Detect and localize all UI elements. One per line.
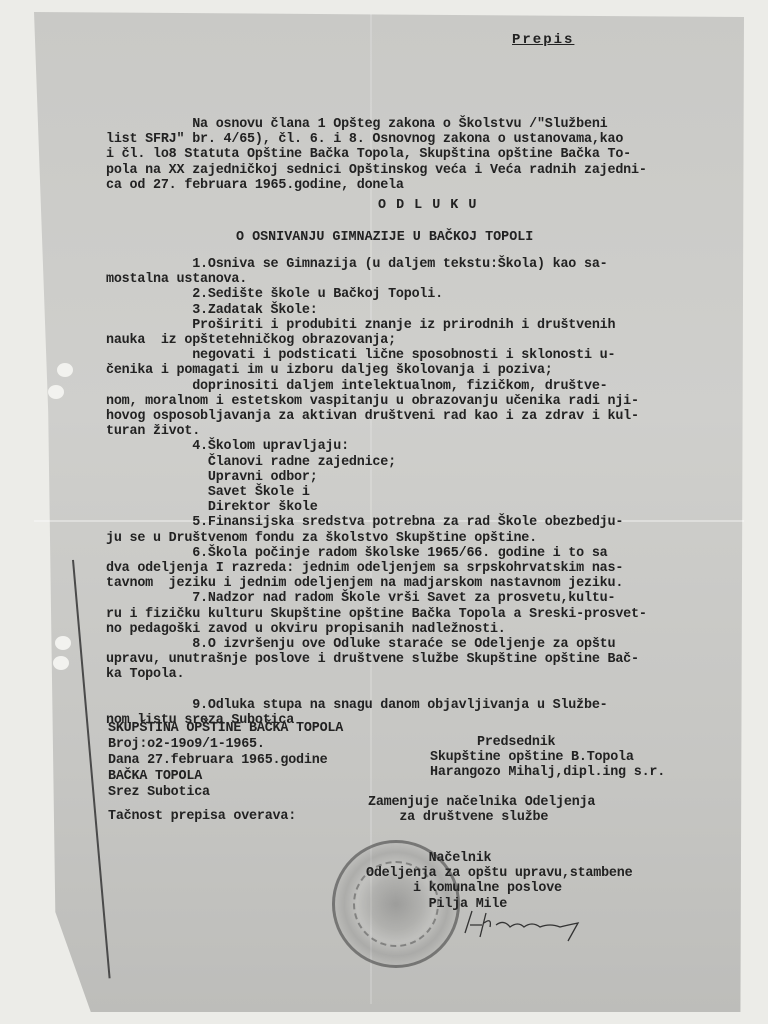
body-line: dva odeljenja I razreda: jednim odeljenj… bbox=[106, 561, 647, 576]
body-line: hovog osposobljavanja za aktivan društve… bbox=[106, 409, 647, 424]
issuer-line: Srez Subotica bbox=[108, 785, 343, 801]
body-line: čenika i pomagati im u izboru daljeg ško… bbox=[106, 363, 647, 378]
preamble-line: ca od 27. februara 1965.godine, donela bbox=[106, 178, 647, 193]
body-line: 8.O izvršenju ove Odluke staraće se Odel… bbox=[106, 637, 647, 652]
deputy-block: Zamenjuje načelnika Odeljenja za društve… bbox=[368, 795, 595, 825]
body-line: 2.Sedište škole u Bačkoj Topoli. bbox=[106, 287, 647, 302]
body-line: mostalna ustanova. bbox=[106, 272, 647, 287]
body-line: Članovi radne zajednice; bbox=[106, 455, 647, 470]
decision-title: O D L U K U bbox=[378, 198, 477, 213]
body-line: 6.Škola počinje radom školske 1965/66. g… bbox=[106, 546, 647, 561]
document-header: Prepis bbox=[512, 32, 574, 48]
preamble-line: list SFRJ" br. 4/65), čl. 6. i 8. Osnovn… bbox=[106, 132, 647, 147]
punch-hole-icon bbox=[53, 656, 69, 670]
president-line: Skupštine opštine B.Topola bbox=[430, 750, 665, 765]
chief-line: i komunalne poslove bbox=[366, 881, 632, 896]
body-line: 7.Nadzor nad radom Škole vrši Savet za p… bbox=[106, 591, 647, 606]
body-line: tavnom jeziku i jednim odeljenjem na mad… bbox=[106, 576, 647, 591]
body-line: Direktor škole bbox=[106, 500, 647, 515]
preamble-line: Na osnovu člana 1 Opšteg zakona o Školst… bbox=[106, 117, 647, 132]
issuer-block: SKUPŠTINA OPŠTINE BAČKA TOPOLABroj:o2-19… bbox=[108, 721, 343, 801]
body-line: upravu, unutrašnje poslove i društvene s… bbox=[106, 652, 647, 667]
president-line: Harangozo Mihalj,dipl.ing s.r. bbox=[430, 765, 665, 780]
decision-body: 1.Osniva se Gimnazija (u daljem tekstu:Š… bbox=[106, 257, 647, 728]
punch-hole-icon bbox=[48, 385, 64, 399]
chief-block: NačelnikOdeljenja za opštu upravu,stambe… bbox=[366, 851, 632, 912]
body-line: 1.Osniva se Gimnazija (u daljem tekstu:Š… bbox=[106, 257, 647, 272]
decision-subtitle: O OSNIVANJU GIMNAZIJE U BAČKOJ TOPOLI bbox=[236, 230, 533, 245]
body-line: 4.Školom upravljaju: bbox=[106, 439, 647, 454]
issuer-line: BAČKA TOPOLA bbox=[108, 769, 343, 785]
issuer-line: SKUPŠTINA OPŠTINE BAČKA TOPOLA bbox=[108, 721, 343, 737]
certification-label: Tačnost prepisa overava: bbox=[108, 809, 296, 824]
body-line: ru i fizičku kulturu Skupštine opštine B… bbox=[106, 607, 647, 622]
issuer-line: Broj:o2-19o9/1-1965. bbox=[108, 737, 343, 753]
body-line: 9.Odluka stupa na snagu danom objavljiva… bbox=[106, 698, 647, 713]
body-line: turan život. bbox=[106, 424, 647, 439]
body-line bbox=[106, 683, 647, 698]
issuer-line: Dana 27.februara 1965.godine bbox=[108, 753, 343, 769]
preamble: Na osnovu člana 1 Opšteg zakona o Školst… bbox=[106, 117, 647, 193]
body-line: Upravni odbor; bbox=[106, 470, 647, 485]
chief-line: Načelnik bbox=[366, 851, 632, 866]
body-line: nom, moralnom i estetskom vaspitanju u o… bbox=[106, 394, 647, 409]
punch-hole-icon bbox=[55, 636, 71, 650]
chief-line: Odeljenja za opštu upravu,stambene bbox=[366, 866, 632, 881]
body-line: 5.Finansijska sredstva potrebna za rad Š… bbox=[106, 515, 647, 530]
body-line: ju se u Društvenom fondu za školstvo Sku… bbox=[106, 531, 647, 546]
preamble-line: i čl. lo8 Statuta Opštine Bačka Topola, … bbox=[106, 147, 647, 162]
preamble-line: pola na XX zajedničkoj sednici Opštinsko… bbox=[106, 163, 647, 178]
body-line: ka Topola. bbox=[106, 667, 647, 682]
body-line: Savet Škole i bbox=[106, 485, 647, 500]
body-line: Proširiti i produbiti znanje iz prirodni… bbox=[106, 318, 647, 333]
punch-hole-icon bbox=[57, 363, 73, 377]
president-block: PredsednikSkupštine opštine B.TopolaHara… bbox=[430, 735, 665, 781]
body-line: negovati i podsticati lične sposobnosti … bbox=[106, 348, 647, 363]
body-line: 3.Zadatak Škole: bbox=[106, 303, 647, 318]
body-line: nauka iz opštetehničkog obrazovanja; bbox=[106, 333, 647, 348]
president-line: Predsednik bbox=[430, 735, 665, 750]
deputy-line: za društvene službe bbox=[368, 810, 595, 825]
signature-icon bbox=[460, 905, 590, 945]
body-line: doprinositi daljem intelektualnom, fizič… bbox=[106, 379, 647, 394]
body-line: no pedagoški zavod u okviru propisanih n… bbox=[106, 622, 647, 637]
deputy-line: Zamenjuje načelnika Odeljenja bbox=[368, 795, 595, 810]
